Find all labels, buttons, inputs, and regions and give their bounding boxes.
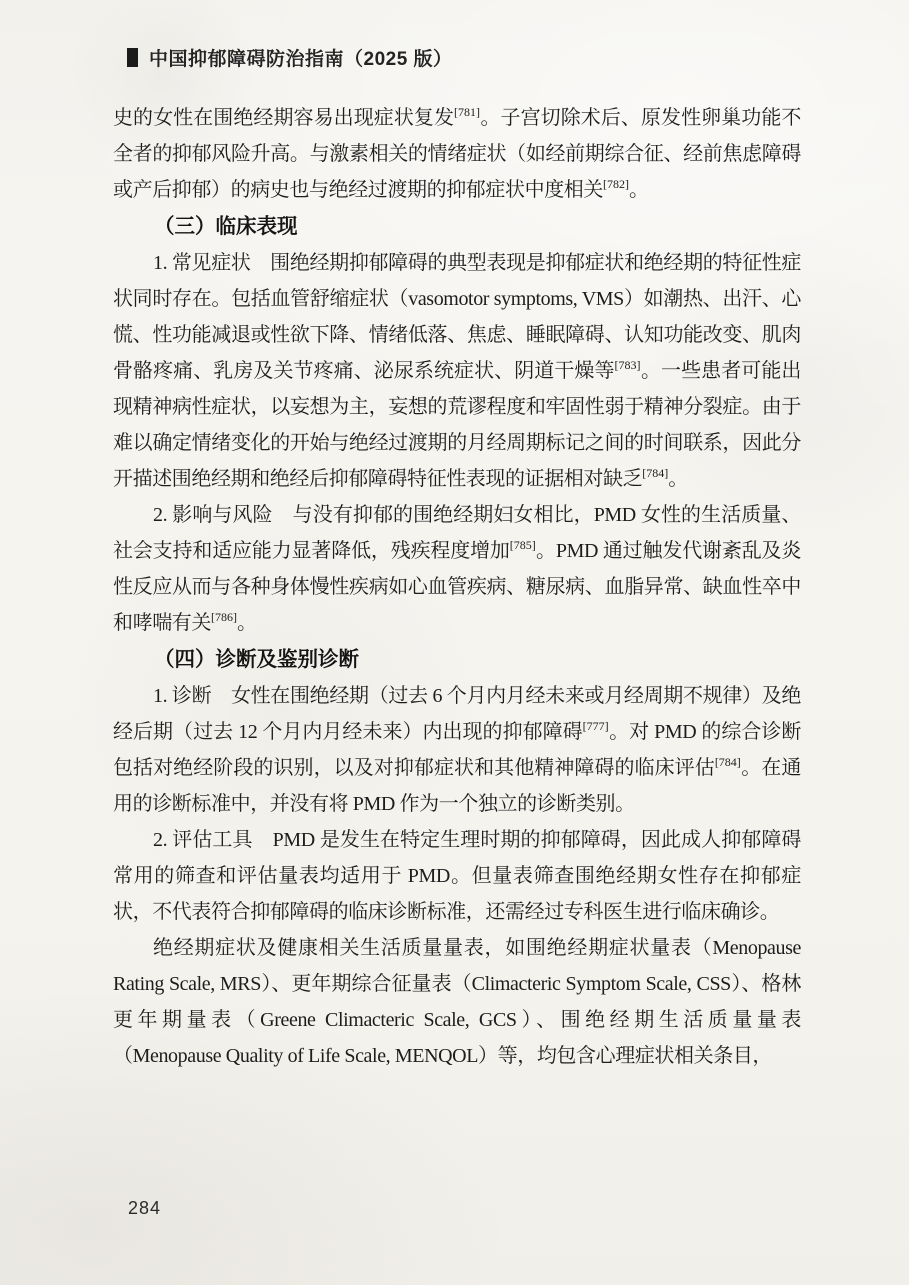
page-body: 史的女性在围绝经期容易出现症状复发[781]。子宫切除术后、原发性卵巢功能不全者… (113, 100, 801, 1074)
paragraph: 绝经期症状及健康相关生活质量量表，如围绝经期症状量表（Menopause Rat… (113, 930, 801, 1074)
section-heading: （四）诊断及鉴别诊断 (113, 641, 801, 678)
reference-superscript: [785] (510, 538, 536, 552)
reference-superscript: [786] (211, 610, 237, 624)
scanned-book-page: 中国抑郁障碍防治指南（2025 版） 史的女性在围绝经期容易出现症状复发[781… (0, 0, 909, 1285)
page-number: 284 (128, 1198, 161, 1218)
running-header: 中国抑郁障碍防治指南（2025 版） (127, 44, 453, 71)
reference-superscript: [777] (583, 719, 609, 733)
reference-superscript: [784] (715, 755, 741, 769)
header-bar-icon (127, 48, 138, 67)
reference-superscript: [782] (603, 177, 629, 191)
paragraph: 1. 常见症状 围绝经期抑郁障碍的典型表现是抑郁症状和绝经期的特征性症状同时存在… (113, 245, 801, 497)
paragraph: 2. 影响与风险 与没有抑郁的围绝经期妇女相比，PMD 女性的生活质量、社会支持… (113, 497, 801, 641)
section-heading: （三）临床表现 (113, 208, 801, 245)
page-footer: 284 (128, 1198, 161, 1219)
reference-superscript: [784] (642, 466, 668, 480)
paragraph: 史的女性在围绝经期容易出现症状复发[781]。子宫切除术后、原发性卵巢功能不全者… (113, 100, 801, 208)
book-title: 中国抑郁障碍防治指南（2025 版） (149, 44, 453, 71)
paragraph: 2. 评估工具 PMD 是发生在特定生理时期的抑郁障碍，因此成人抑郁障碍常用的筛… (113, 822, 801, 930)
reference-superscript: [781] (454, 105, 480, 119)
reference-superscript: [783] (615, 358, 641, 372)
paragraph: 1. 诊断 女性在围绝经期（过去 6 个月内月经未来或月经周期不规律）及绝经后期… (113, 678, 801, 822)
